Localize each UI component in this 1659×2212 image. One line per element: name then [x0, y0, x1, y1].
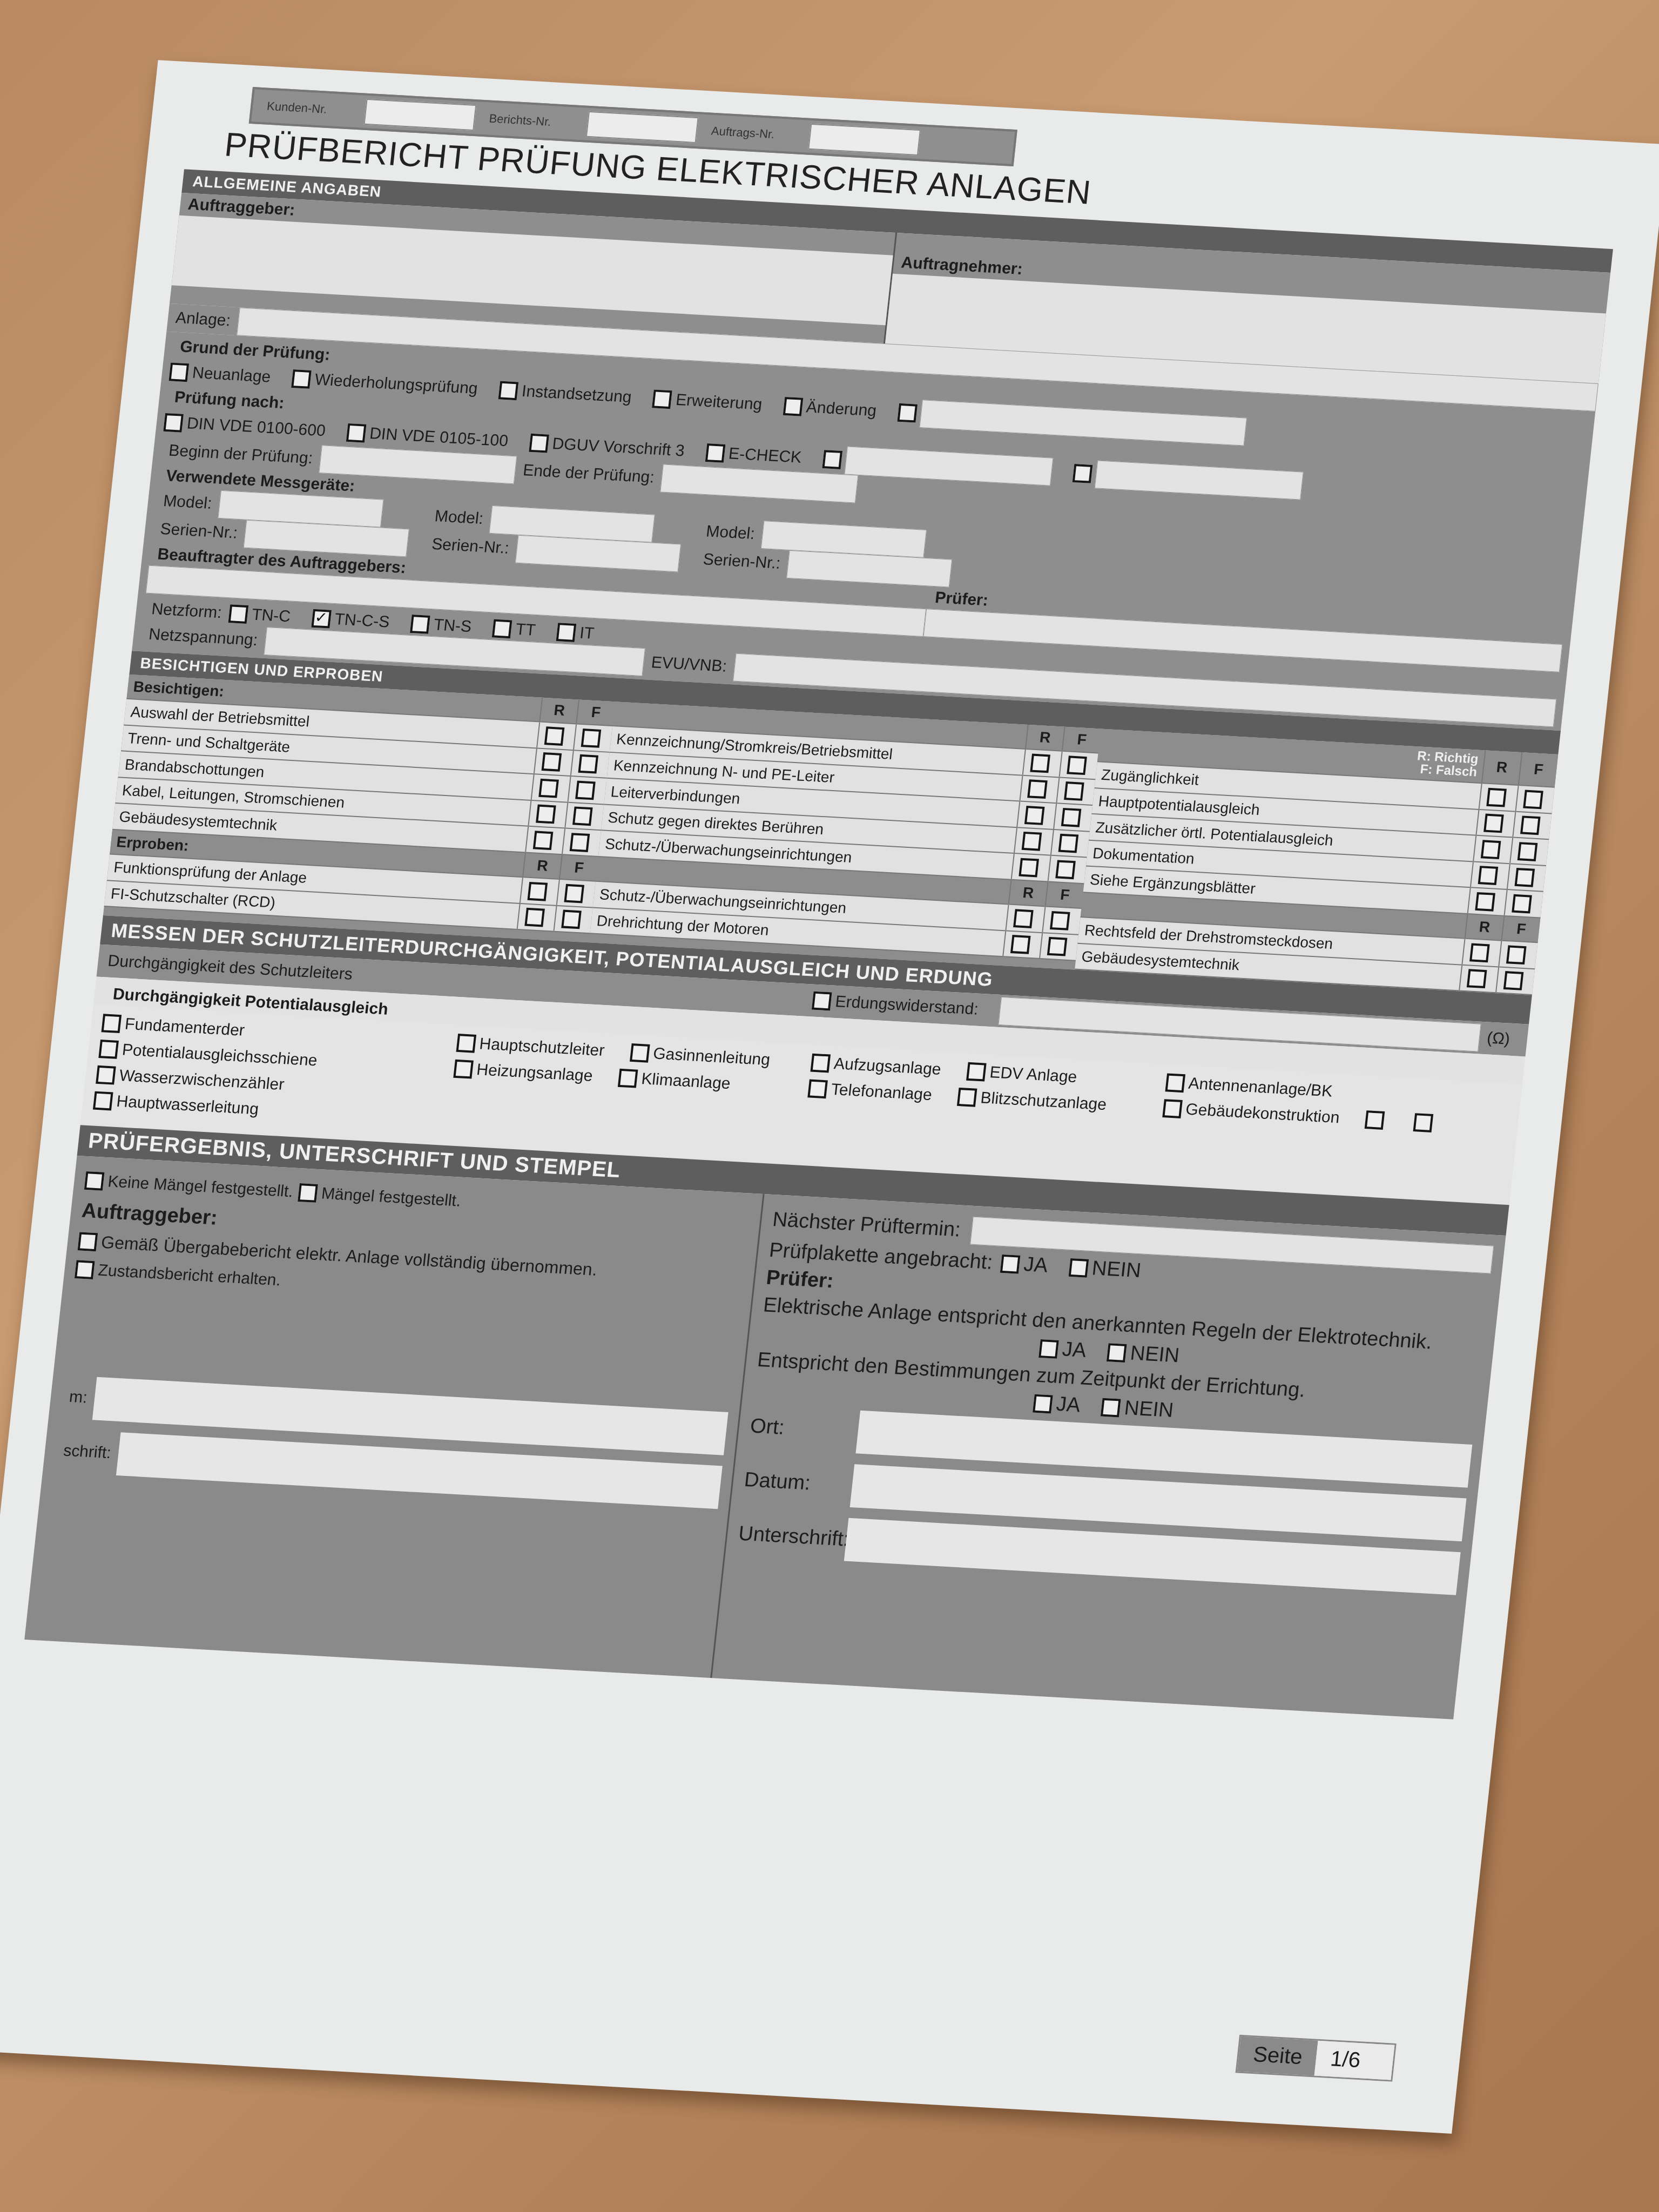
checkbox[interactable] [1162, 1099, 1183, 1118]
checkbox[interactable] [93, 1091, 113, 1111]
checkbox[interactable] [542, 752, 562, 772]
model-1-label: Model: [154, 489, 220, 515]
no-defects-option[interactable]: Keine Mängel festgestellt. [84, 1171, 294, 1201]
checkbox[interactable] [1467, 969, 1487, 989]
checkbox[interactable] [528, 882, 548, 901]
checkbox[interactable] [783, 397, 803, 416]
utility-label: EVU/VNB: [643, 651, 736, 678]
standard-dguv-3[interactable]: DGUV Vorschrift 3 [529, 434, 685, 461]
checkbox[interactable] [346, 423, 367, 443]
network-tn-c-s[interactable]: TN-C-S [311, 609, 390, 632]
checkbox[interactable] [169, 362, 190, 382]
report-no-label: Berichts-Nr. [474, 111, 588, 131]
checkbox[interactable] [1000, 1255, 1021, 1274]
checkbox[interactable] [822, 450, 842, 469]
checkbox[interactable] [564, 884, 584, 903]
reason-neuanlage[interactable]: Neuanlage [169, 362, 272, 386]
checkbox[interactable] [1038, 1339, 1059, 1359]
checkbox[interactable] [1010, 935, 1031, 954]
checkbox[interactable] [807, 1080, 828, 1099]
checkbox[interactable] [1503, 971, 1524, 990]
date-label: Datum: [743, 1468, 853, 1498]
checkbox[interactable] [1523, 790, 1543, 809]
checkbox[interactable] [1033, 1394, 1053, 1413]
network-tt[interactable]: TT [492, 619, 536, 640]
checkbox[interactable] [630, 1043, 650, 1063]
serial-2-label: Serien-Nr.: [423, 532, 518, 560]
checkbox[interactable] [1101, 1398, 1121, 1417]
checkbox[interactable] [538, 779, 559, 798]
model-3-label: Model: [697, 520, 763, 546]
checkbox[interactable] [1058, 834, 1079, 853]
checkbox[interactable] [456, 1034, 476, 1053]
checkbox[interactable] [810, 1054, 831, 1073]
order-no-label: Auftrags-Nr. [697, 123, 810, 143]
checkbox[interactable] [1475, 892, 1495, 912]
report-paper: Kunden-Nr. Berichts-Nr. Auftrags-Nr. PRÜ… [0, 60, 1659, 2134]
inspection-col-3: R: RichtigF: FalschRF Zugänglichkeit Hau… [1075, 729, 1558, 996]
condition-report-option[interactable]: Zustandsbericht erhalten. [75, 1260, 282, 1290]
r-header: R [539, 698, 579, 724]
checkbox[interactable] [581, 729, 602, 748]
reason-aenderung[interactable]: Änderung [783, 397, 878, 420]
standard-e-check[interactable]: E-CHECK [705, 443, 802, 467]
checkbox[interactable] [1486, 787, 1507, 807]
checkbox[interactable] [1022, 832, 1042, 851]
checkbox[interactable] [1107, 1343, 1127, 1363]
page-label: Seite [1237, 2036, 1318, 2076]
checkbox[interactable] [1072, 464, 1092, 483]
checkbox[interactable] [84, 1171, 105, 1191]
checkbox[interactable] [652, 389, 673, 409]
checkbox[interactable] [561, 910, 582, 929]
checkbox[interactable] [96, 1065, 116, 1085]
sticker-yes[interactable]: JA [1000, 1252, 1049, 1278]
system-label: Anlage: [167, 306, 239, 333]
inspection-col-2: RF Kennzeichnung/Stromkreis/Betriebsmitt… [590, 702, 1101, 961]
checkbox[interactable] [897, 403, 918, 423]
checkbox[interactable] [1024, 806, 1045, 825]
checkbox[interactable] [1068, 1258, 1089, 1278]
left-date-label: m: [60, 1385, 96, 1410]
model-2-label: Model: [426, 504, 492, 530]
customer-no-field[interactable] [363, 99, 476, 131]
checkbox[interactable] [572, 807, 593, 826]
checkbox[interactable] [570, 833, 590, 852]
checkbox[interactable] [1514, 868, 1535, 887]
network-label: Netzform: [143, 597, 230, 625]
checkbox[interactable] [163, 413, 184, 433]
left-sign-label: schrift: [55, 1439, 120, 1465]
network-it[interactable]: IT [556, 623, 595, 643]
page-value: 1/6 [1314, 2041, 1394, 2080]
sticker-no[interactable]: NEIN [1068, 1256, 1142, 1283]
place-label: Ort: [749, 1414, 859, 1444]
serial-1-label: Serien-Nr.: [151, 517, 246, 545]
rule-1-no[interactable]: NEIN [1107, 1340, 1181, 1367]
checkbox[interactable] [556, 623, 577, 642]
checkbox[interactable] [1165, 1074, 1185, 1093]
checkbox[interactable] [1469, 943, 1490, 962]
checkbox[interactable] [524, 908, 545, 927]
standard-vde-0100[interactable]: DIN VDE 0100-600 [163, 413, 326, 441]
defects-option[interactable]: Mängel festgestellt. [298, 1183, 462, 1211]
checkbox[interactable] [1520, 816, 1541, 835]
checkbox[interactable] [291, 369, 312, 389]
checkbox[interactable] [1030, 753, 1050, 773]
checkbox[interactable] [1365, 1110, 1385, 1130]
checkbox[interactable] [75, 1260, 95, 1279]
checkbox[interactable] [102, 1014, 122, 1034]
network-tn-s[interactable]: TN-S [410, 615, 473, 636]
checkbox[interactable] [966, 1062, 987, 1082]
f-header: F [576, 700, 615, 726]
checkbox[interactable] [536, 805, 556, 824]
checkbox[interactable] [578, 754, 598, 774]
page-indicator: Seite 1/6 [1236, 2035, 1397, 2082]
standard-vde-0105[interactable]: DIN VDE 0105-100 [346, 423, 509, 451]
checkbox[interactable] [1019, 858, 1039, 878]
checkbox[interactable] [1481, 840, 1501, 859]
earth-resistance-option[interactable]: Erdungswiderstand: [812, 992, 979, 1019]
checkbox[interactable] [1047, 937, 1068, 956]
rule-1-yes[interactable]: JA [1038, 1337, 1088, 1363]
checkbox[interactable] [498, 381, 519, 400]
checkbox[interactable] [78, 1232, 98, 1251]
rule-2-no[interactable]: NEIN [1101, 1395, 1175, 1422]
checkbox[interactable] [1013, 909, 1034, 928]
next-date-label: Nächster Prüftermin: [771, 1208, 962, 1242]
checkbox[interactable] [1061, 808, 1082, 827]
checkbox[interactable] [410, 615, 430, 634]
checkbox[interactable] [98, 1040, 119, 1059]
customer-no-label: Kunden-Nr. [252, 98, 366, 118]
checkbox[interactable] [544, 726, 565, 746]
checkbox[interactable] [1478, 866, 1499, 886]
checkbox[interactable] [1027, 780, 1048, 799]
network-tn-c[interactable]: TN-C [228, 604, 292, 626]
signature-label: Unterschrift: [737, 1522, 847, 1551]
reason-instandsetzung[interactable]: Instandsetzung [498, 381, 633, 407]
checkbox[interactable] [1055, 860, 1076, 880]
checkbox[interactable] [957, 1088, 977, 1107]
checkbox[interactable] [1067, 756, 1087, 775]
checkbox[interactable] [533, 831, 554, 850]
serial-3-label: Serien-Nr.: [694, 548, 790, 575]
checkbox[interactable] [298, 1183, 318, 1203]
checkbox[interactable] [812, 992, 832, 1011]
checkbox[interactable] [1064, 781, 1084, 801]
checkbox[interactable] [575, 780, 596, 800]
checkbox-checked[interactable] [311, 609, 332, 629]
checkbox[interactable] [1413, 1113, 1434, 1132]
order-no-field[interactable] [808, 124, 921, 156]
report-no-field[interactable] [586, 111, 699, 143]
checkbox[interactable] [453, 1060, 474, 1079]
checkbox[interactable] [1512, 894, 1532, 914]
reason-erweiterung[interactable]: Erweiterung [652, 389, 763, 414]
voltage-label: Netzspannung: [140, 623, 266, 652]
ohm-unit: (Ω) [1478, 1027, 1519, 1051]
checkbox[interactable] [1050, 911, 1070, 930]
result-block: Keine Mängel festgestellt. Mängel festge… [24, 1156, 1506, 1719]
checkbox[interactable] [492, 619, 512, 639]
checkbox[interactable] [618, 1069, 638, 1088]
checkbox[interactable] [705, 443, 725, 463]
checkbox[interactable] [1518, 842, 1538, 861]
checkbox[interactable] [1483, 814, 1504, 833]
checkbox[interactable] [529, 434, 549, 453]
checkbox[interactable] [1506, 945, 1527, 965]
checkbox[interactable] [228, 604, 249, 624]
rule-2-yes[interactable]: JA [1033, 1392, 1082, 1418]
inspection-col-1: Besichtigen:RF Auswahl der Betriebsmitte… [104, 675, 615, 934]
